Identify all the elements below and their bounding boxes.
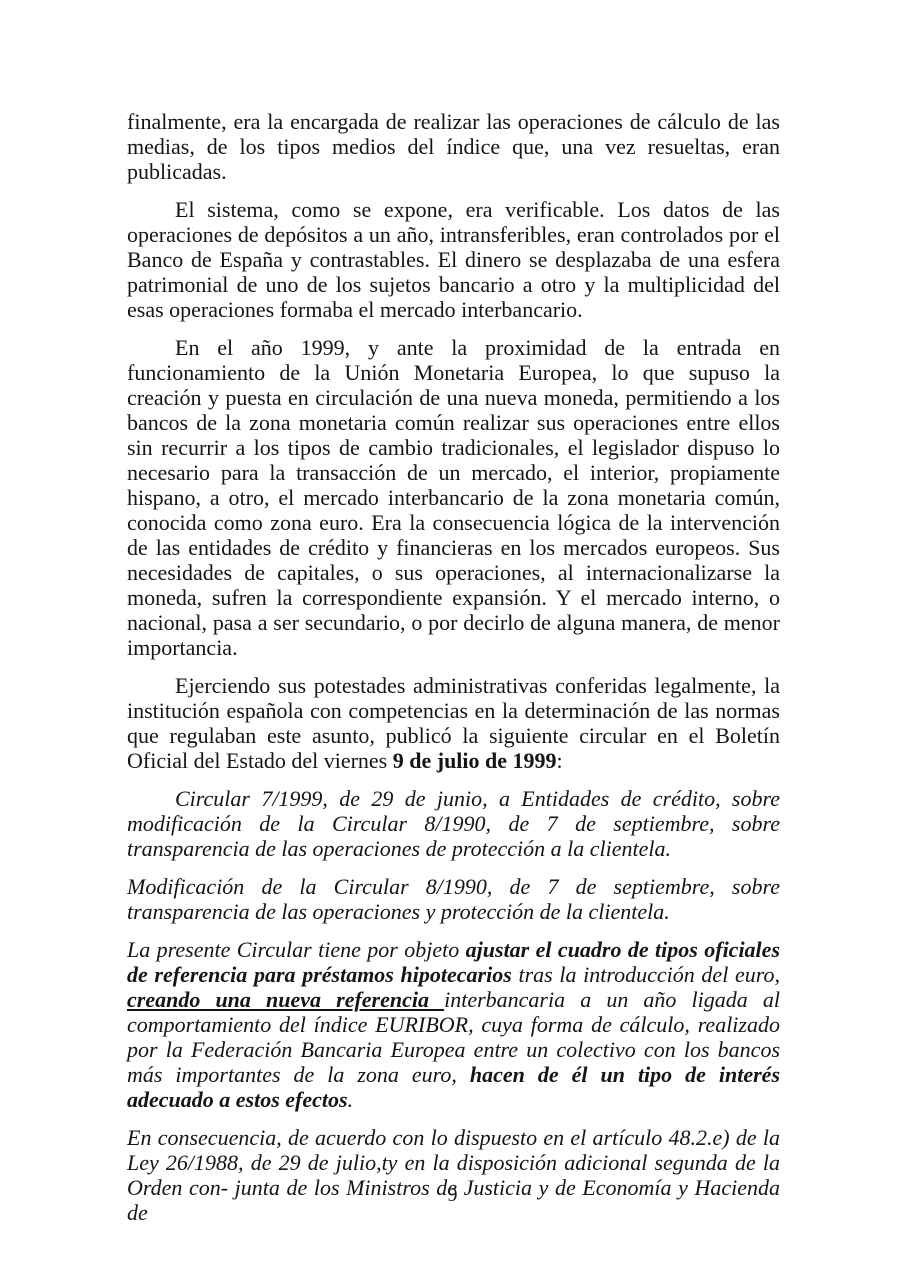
document-body: finalmente, era la encargada de realizar… [127,109,780,1238]
text-run: 9 de julio de 1999 [393,748,557,773]
text-run: El sistema, como se expone, era verifica… [127,197,780,322]
text-run: creando una nueva referencia [127,987,444,1012]
paragraph: Ejerciendo sus potestades administrativa… [127,673,780,773]
text-run: Circular 7/1999, de 29 de junio, a Entid… [127,786,780,861]
text-run: La presente Circular tiene por objeto [127,937,466,962]
text-run: Modificación de la Circular 8/1990, de 7… [127,874,780,924]
text-run: En consecuencia, de acuerdo con lo dispu… [127,1125,780,1225]
paragraph: El sistema, como se expone, era verifica… [127,197,780,322]
paragraph: En el año 1999, y ante la proximidad de … [127,335,780,660]
paragraph: Circular 7/1999, de 29 de junio, a Entid… [127,786,780,861]
text-run: finalmente, era la encargada de realizar… [127,109,780,184]
paragraph: Modificación de la Circular 8/1990, de 7… [127,874,780,924]
paragraph: finalmente, era la encargada de realizar… [127,109,780,184]
paragraph: La presente Circular tiene por objeto aj… [127,937,780,1112]
document-page: finalmente, era la encargada de realizar… [0,0,905,1280]
paragraph: En consecuencia, de acuerdo con lo dispu… [127,1125,780,1225]
text-run: En el año 1999, y ante la proximidad de … [127,335,780,660]
text-run: : [557,748,563,773]
text-run: . [348,1087,354,1112]
text-run: tras la introducción del euro, [512,962,780,987]
page-number: 9 [0,1184,905,1206]
